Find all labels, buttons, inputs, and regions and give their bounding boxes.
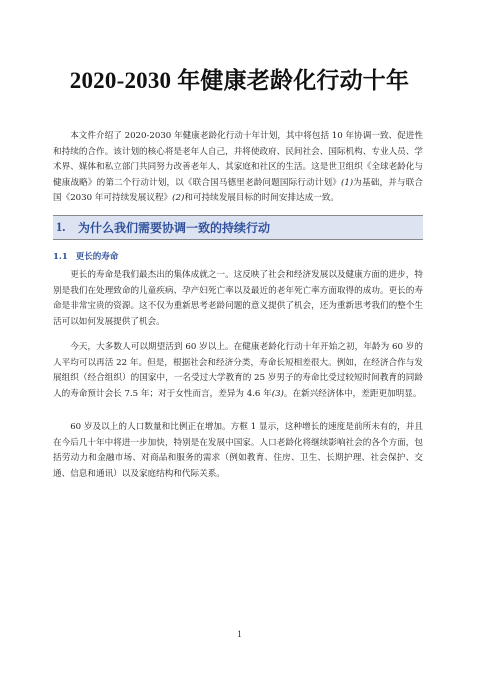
section-title: 为什么我们需要协调一致的持续行动 [78,219,270,236]
paragraph-population-growth: 60 岁及以上的人口数量和比例正在增加。方框 1 显示，这种增长的速度是前所未有… [53,420,423,482]
reference-2[interactable]: (2) [172,193,184,203]
subsection-number: 1.1 [53,252,68,262]
subsection-title: 更长的寿命 [76,252,119,262]
paragraph-life-expectancy: 今天，大多数人可以期望活到 60 岁以上。在健康老龄化行动十年开始之初，年龄为 … [53,340,423,402]
paragraph-longer-lives: 更长的寿命是我们最杰出的集体成就之一。这反映了社会和经济发展以及健康方面的进步，… [53,268,423,330]
reference-3[interactable]: (3) [272,389,284,399]
reference-1[interactable]: (1) [341,178,353,188]
document-title: 2020-2030 年健康老龄化行动十年 [0,62,479,95]
intro-paragraph: 本文件介绍了 2020-2030 年健康老龄化行动十年计划，其中将包括 10 年… [53,129,423,207]
intro-text-3: 和可持续发展目标的时间安排达成一致。 [184,193,339,203]
paragraph-text: 。在新兴经济体中，差距更加明显。 [284,389,422,399]
subsection-heading-1-1: 1.1更长的寿命 [53,250,118,262]
section-heading-1: 1. 为什么我们需要协调一致的持续行动 [53,215,423,240]
document-page: 2020-2030 年健康老龄化行动十年 本文件介绍了 2020-2030 年健… [0,0,479,679]
section-number: 1. [56,220,78,235]
page-number: 1 [0,629,479,639]
